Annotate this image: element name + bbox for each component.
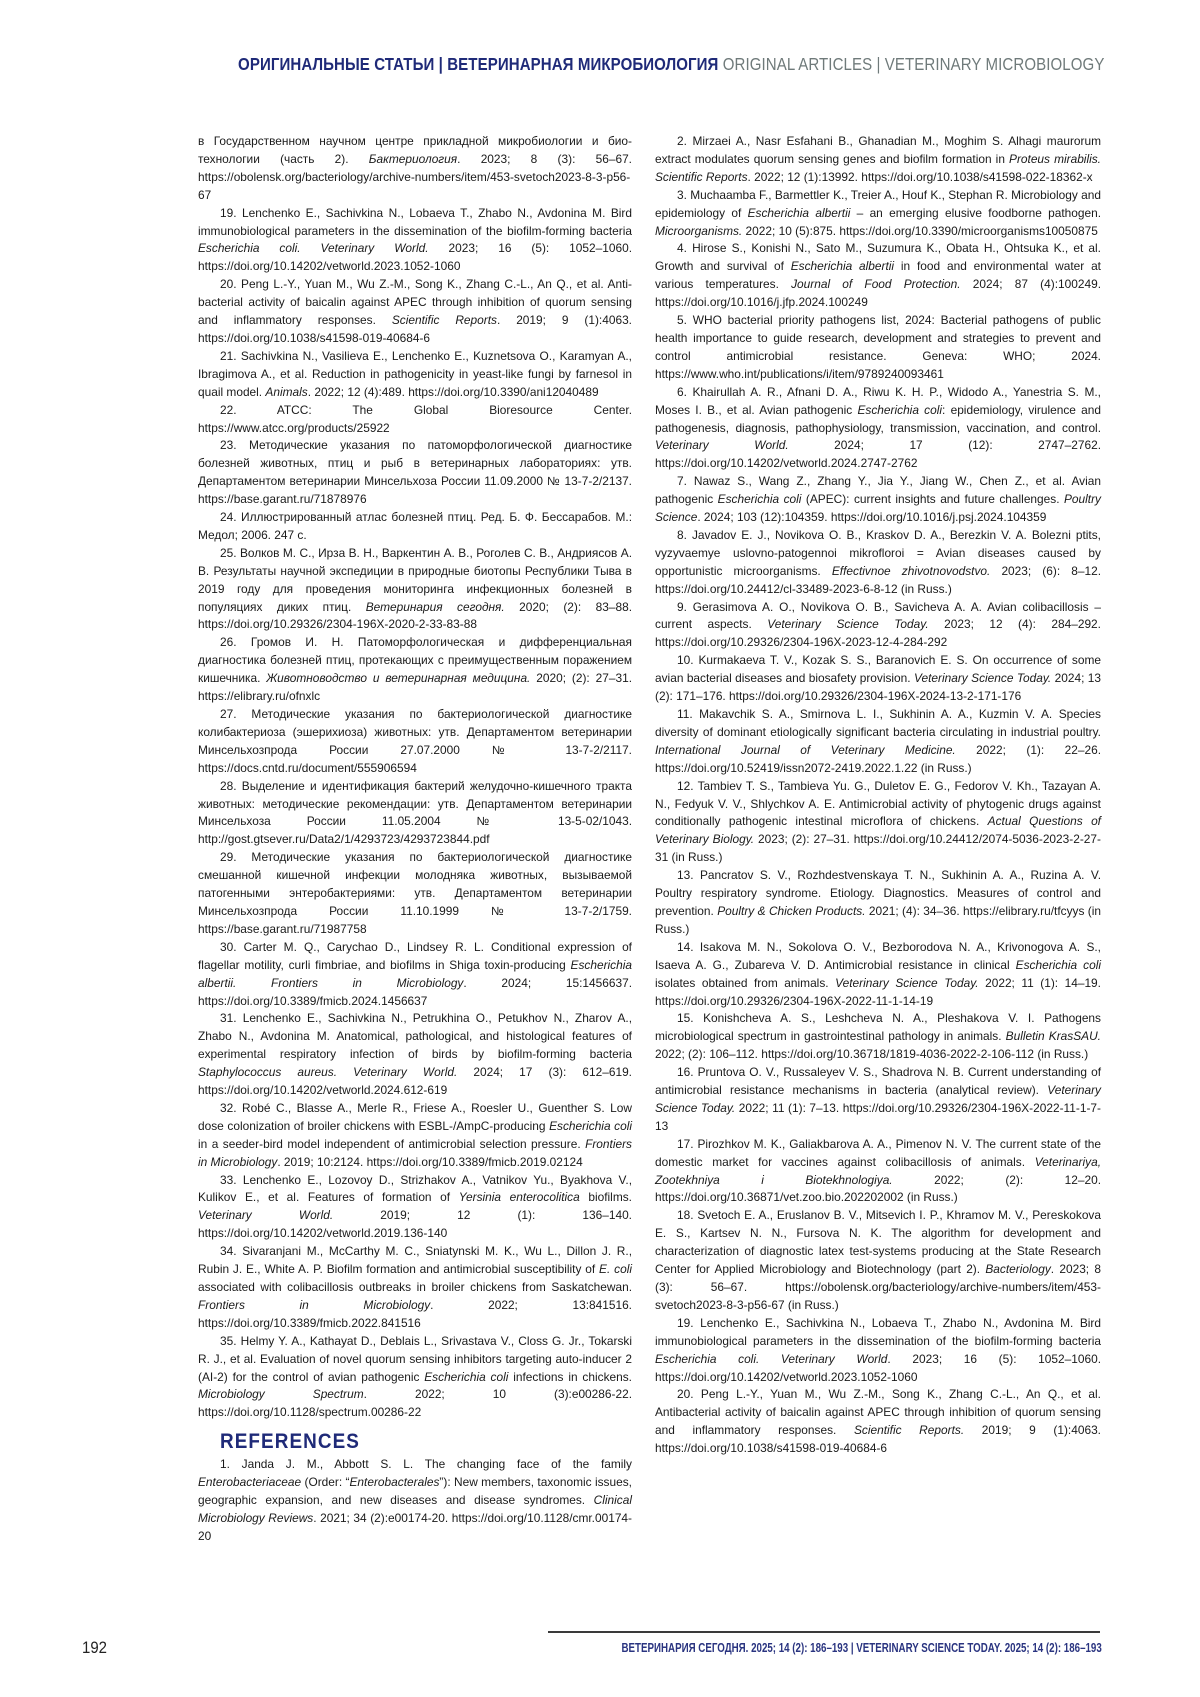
reference-list-en-continued: 2. Mirzaei A., Nasr Esfahani B., Ghanadi… (655, 133, 1101, 1458)
reference-item: 1. Janda J. M., Abbott S. L. The changin… (198, 1456, 632, 1546)
reference-number: 7. (677, 474, 687, 488)
reference-item: 10. Kurmakaeva T. V., Kozak S. S., Baran… (655, 652, 1101, 706)
reference-number: 21. (220, 349, 237, 363)
italic-title: Enterobacterales (350, 1475, 440, 1489)
reference-number: 9. (677, 600, 687, 614)
footer-divider (548, 1631, 1100, 1633)
italic-title: Animals (265, 385, 307, 399)
reference-number: 32. (220, 1101, 237, 1115)
reference-number: 19. (677, 1316, 694, 1330)
page-number: 192 (82, 1638, 107, 1658)
italic-title: Escherichia coli (1016, 958, 1101, 972)
reference-item: 34. Sivaranjani M., McCarthy M. C., Snia… (198, 1243, 632, 1333)
reference-item: 4. Hirose S., Konishi N., Sato M., Suzum… (655, 240, 1101, 312)
reference-item: 6. Khairullah A. R., Afnani D. A., Riwu … (655, 384, 1101, 474)
reference-number: 26. (220, 635, 237, 649)
reference-number: 27. (220, 707, 237, 721)
italic-title: Frontiers in Microbiology (198, 1298, 430, 1312)
reference-item: 35. Helmy Y. A., Kathayat D., Deblais L.… (198, 1333, 632, 1423)
reference-item: 8. Javadov E. J., Novikova O. B., Krasko… (655, 527, 1101, 599)
reference-item: 29. Методические указания по бактериолог… (198, 849, 632, 939)
references-heading: REFERENCES (220, 1429, 591, 1455)
right-column: 2. Mirzaei A., Nasr Esfahani B., Ghanadi… (655, 133, 1101, 1458)
journal-title: Бактериология (369, 152, 457, 166)
reference-list-en: 1. Janda J. M., Abbott S. L. The changin… (198, 1456, 632, 1546)
reference-number: 13. (677, 868, 694, 882)
reference-number: 20. (220, 277, 237, 291)
reference-item: 2. Mirzaei A., Nasr Esfahani B., Ghanadi… (655, 133, 1101, 187)
italic-title: Escherichia albertii (748, 206, 851, 220)
italic-title: Escherichia coli. Veterinary World (655, 1352, 887, 1366)
running-header-ru: ОРИГИНАЛЬНЫЕ СТАТЬИ | ВЕТЕРИНАРНАЯ МИКРО… (238, 54, 718, 74)
reference-number: 14. (677, 940, 694, 954)
italic-title: Microbiology Spectrum (198, 1387, 364, 1401)
italic-title: Escherichia coli (549, 1119, 632, 1133)
reference-number: 35. (220, 1334, 237, 1348)
italic-title: Escherichia albertii (791, 259, 894, 273)
reference-list-ru: 19. Lenchenko E., Sachivkina N., Lobaeva… (198, 205, 632, 1423)
reference-number: 8. (677, 528, 687, 542)
italic-title: Escherichia coli (857, 403, 942, 417)
italic-title: Poultry & Chicken Products. (717, 904, 865, 918)
running-header-en: ORIGINAL ARTICLES | VETERINARY MICROBIOL… (722, 54, 1104, 74)
italic-title: Veterinary Science Today. (767, 617, 928, 631)
italic-title: Yersinia enterocolitica (459, 1190, 580, 1204)
reference-item: 27. Методические указания по бактериолог… (198, 706, 632, 778)
reference-number: 17. (677, 1137, 694, 1151)
reference-number: 3. (677, 188, 687, 202)
reference-item: 12. Tambiev T. S., Tambieva Yu. G., Dule… (655, 778, 1101, 868)
reference-item: 5. WHO bacterial priority pathogens list… (655, 312, 1101, 384)
reference-item: 14. Isakova M. N., Sokolova O. V., Bezbo… (655, 939, 1101, 1011)
reference-item: 20. Peng L.-Y., Yuan M., Wu Z.-M., Song … (655, 1386, 1101, 1458)
italic-title: Journal of Food Protection. (791, 277, 960, 291)
reference-number: 23. (220, 438, 237, 452)
reference-item: 3. Muchaamba F., Barmettler K., Treier A… (655, 187, 1101, 241)
reference-number: 31. (220, 1011, 237, 1025)
reference-item: 30. Carter M. Q., Carychao D., Lindsey R… (198, 939, 632, 1011)
italic-title: E. coli (599, 1262, 632, 1276)
reference-item: 7. Nawaz S., Wang Z., Zhang Y., Jia Y., … (655, 473, 1101, 527)
reference-item: 20. Peng L.-Y., Yuan M., Wu Z.-M., Song … (198, 276, 632, 348)
reference-number: 1. (220, 1457, 230, 1471)
reference-number: 18. (677, 1208, 694, 1222)
running-header: ОРИГИНАЛЬНЫЕ СТАТЬИ | ВЕТЕРИНАРНАЯ МИКРО… (238, 54, 1104, 75)
reference-continuation: в Государственном научном центре приклад… (198, 133, 632, 205)
reference-number: 25. (220, 546, 237, 560)
reference-number: 34. (220, 1244, 237, 1258)
reference-item: 32. Robé C., Blasse A., Merle R., Friese… (198, 1100, 632, 1172)
footer-citation: ВЕТЕРИНАРИЯ СЕГОДНЯ. 2025; 14 (2): 186–1… (622, 1641, 1102, 1655)
reference-item: 23. Методические указания по патоморфоло… (198, 437, 632, 509)
reference-number: 11. (677, 707, 693, 721)
reference-item: 17. Pirozhkov M. K., Galiakbarova A. A.,… (655, 1136, 1101, 1208)
italic-title: Enterobacteriaceae (198, 1475, 301, 1489)
reference-number: 20. (677, 1387, 694, 1401)
reference-item: 11. Makavchik S. A., Smirnova L. I., Suk… (655, 706, 1101, 778)
italic-title: Ветеринария сегодня. (366, 600, 505, 614)
reference-item: 31. Lenchenko E., Sachivkina N., Petrukh… (198, 1010, 632, 1100)
italic-title: Escherichia coli (424, 1370, 508, 1384)
italic-title: Bulletin KrasSAU. (1006, 1029, 1101, 1043)
italic-title: International Journal of Veterinary Medi… (655, 743, 956, 757)
reference-number: 15. (677, 1011, 694, 1025)
reference-number: 29. (220, 850, 237, 864)
reference-item: 24. Иллюстрированный атлас болезней птиц… (198, 509, 632, 545)
reference-item: 9. Gerasimova A. O., Novikova O. B., Sav… (655, 599, 1101, 653)
reference-number: 24. (220, 510, 237, 524)
reference-number: 10. (677, 653, 694, 667)
reference-item: 21. Sachivkina N., Vasilieva E., Lenchen… (198, 348, 632, 402)
italic-title: Veterinary World. (198, 1208, 333, 1222)
reference-item: 25. Волков М. С., Ирза В. Н., Варкентин … (198, 545, 632, 635)
reference-number: 6. (677, 385, 687, 399)
italic-title: Bacteriology (985, 1262, 1050, 1276)
italic-title: Veterinary World. (655, 438, 789, 452)
left-column: в Государственном научном центре приклад… (198, 133, 632, 1546)
reference-item: 18. Svetoch E. A., Eruslanov B. V., Mits… (655, 1207, 1101, 1314)
reference-number: 33. (220, 1173, 237, 1187)
reference-number: 12. (677, 779, 694, 793)
reference-item: 15. Konishcheva A. S., Leshcheva N. A., … (655, 1010, 1101, 1064)
reference-number: 4. (677, 241, 687, 255)
italic-title: Животноводство и ветеринарная медицина. (266, 671, 530, 685)
reference-number: 30. (220, 940, 237, 954)
reference-item: 33. Lenchenko E., Lozovoy D., Strizhakov… (198, 1172, 632, 1244)
italic-title: Microorganisms. (655, 224, 742, 238)
reference-item: 28. Выделение и идентификация бактерий ж… (198, 778, 632, 850)
reference-number: 22. (220, 403, 237, 417)
italic-title: Escherichia coli. Veterinary World. (198, 241, 429, 255)
reference-number: 2. (677, 134, 687, 148)
italic-title: Staphylococcus aureus. Veterinary World. (198, 1065, 457, 1079)
italic-title: Escherichia coli (718, 492, 802, 506)
reference-item: 22. ATCC: The Global Bioresource Center.… (198, 402, 632, 438)
reference-number: 28. (220, 779, 237, 793)
reference-item: 19. Lenchenko E., Sachivkina N., Lobaeva… (198, 205, 632, 277)
reference-number: 5. (677, 313, 687, 327)
italic-title: Effectivnoe zhivotnovodstvo. (832, 564, 991, 578)
reference-item: 13. Pancratov S. V., Rozhdestvenskaya T.… (655, 867, 1101, 939)
reference-item: 19. Lenchenko E., Sachivkina N., Lobaeva… (655, 1315, 1101, 1387)
reference-item: 26. Громов И. Н. Патоморфологическая и д… (198, 634, 632, 706)
italic-title: Veterinary Science Today. (914, 671, 1051, 685)
italic-title: Scientific Reports (392, 313, 497, 327)
reference-item: 16. Pruntova O. V., Russaleyev V. S., Sh… (655, 1064, 1101, 1136)
italic-title: Scientific Reports. (854, 1423, 964, 1437)
italic-title: Veterinary Science Today. (835, 976, 978, 990)
reference-number: 16. (677, 1065, 694, 1079)
reference-number: 19. (220, 206, 237, 220)
